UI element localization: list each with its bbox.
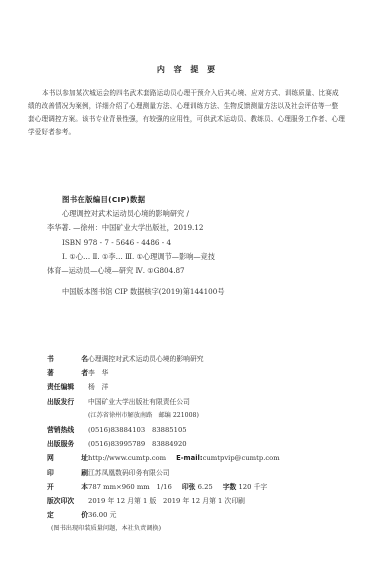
- email-link[interactable]: cumtpvip@cumtp.com: [203, 454, 280, 462]
- colophon-row-book-title: 书名 心理调控对武术运动员心境的影响研究: [47, 352, 280, 366]
- colophon-row-price: 定价 36.00 元: [47, 508, 280, 522]
- colophon-value: 中国矿业大学出版社有限责任公司: [88, 395, 190, 409]
- colophon-row-publishing-service: 出版服务 (0516)83995789 83884920: [47, 437, 280, 451]
- colophon-value: 江苏凤凰数码印务有限公司: [88, 466, 170, 480]
- cip-subject-line: Ⅰ. ①心… Ⅱ. ①李… Ⅲ. ①心理调节—影响—竞技: [47, 250, 225, 264]
- abstract-line: 绩的改善情况为案例，详细介绍了心理测量方法、心理训练方法、生物反馈测量方法以及社…: [28, 100, 348, 113]
- colophon-row-website: 网址 http://www.cumtp.comE-mail:cumtpvip@c…: [47, 451, 280, 465]
- sheets-label: 印张: [182, 483, 196, 491]
- abstract-line: 套心理调控方案。该书专业背景性强，有较强的应用性，可供武术运动员、教练员、心理服…: [28, 113, 348, 126]
- colophon-value: 李 华: [88, 366, 108, 380]
- price-value: 36.00 元: [88, 508, 116, 522]
- colophon-value: 心理调控对武术运动员心境的影响研究: [88, 352, 204, 366]
- email-label: E-mail:: [176, 454, 203, 462]
- abstract-line: 本书以参加某次城运会的四名武术套路运动员心理干预介入后其心境、应对方式、训练质量…: [28, 87, 348, 100]
- cip-subject-line-cont: 体育—运动员—心境—研究 Ⅳ. ①G804.87: [47, 264, 225, 278]
- cip-author-line: 李华著. —徐州：中国矿业大学出版社，2019.12: [47, 221, 225, 235]
- colophon-row-address: (江苏省徐州市解放南路 邮编 221008): [47, 409, 280, 423]
- quality-note: (图书出现印装质量问题，本社负责调换): [47, 522, 280, 536]
- sheets-value: 6.25: [198, 483, 213, 491]
- colophon-row-printer: 印刷 江苏凤凰数码印务有限公司: [47, 466, 280, 480]
- colophon-label: 书名: [47, 352, 88, 366]
- colophon-label: 定价: [47, 508, 88, 522]
- colophon-label: 版次印次: [47, 494, 88, 508]
- cip-record-number: 中国版本图书馆 CIP 数据核字(2019)第144100号: [47, 285, 225, 299]
- colophon-label: 责任编辑: [47, 380, 88, 394]
- colophon-label: 网址: [47, 451, 88, 465]
- colophon-label: 著者: [47, 366, 88, 380]
- colophon-label: 营销热线: [47, 423, 88, 437]
- cip-block: 心理调控对武术运动员心境的影响研究 / 李华著. —徐州：中国矿业大学出版社，2…: [47, 207, 225, 300]
- format-size: 787 mm×960 mm 1/16: [88, 483, 172, 491]
- words-label: 字数: [223, 483, 237, 491]
- colophon-label: 出版发行: [47, 395, 88, 409]
- abstract-body: 本书以参加某次城运会的四名武术套路运动员心理干预介入后其心境、应对方式、训练质量…: [28, 87, 348, 139]
- colophon-value: (0516)83884103 83885105: [88, 423, 187, 437]
- abstract-title: 内 容 提 要: [0, 64, 375, 75]
- website-link[interactable]: http://www.cumtp.com: [88, 454, 166, 462]
- colophon-value: (0516)83995789 83884920: [88, 437, 187, 451]
- colophon-row-sales-hotline: 营销热线 (0516)83884103 83885105: [47, 423, 280, 437]
- abstract-line: 学爱好者参考。: [28, 126, 348, 139]
- colophon-row-author: 著者 李 华: [47, 366, 280, 380]
- cip-title-line: 心理调控对武术运动员心境的影响研究 /: [47, 207, 225, 221]
- colophon-label: 出版服务: [47, 437, 88, 451]
- colophon-label: 开本: [47, 480, 88, 494]
- colophon-value: 2019 年 12 月第 1 版 2019 年 12 月第 1 次印刷: [88, 494, 245, 508]
- colophon-value: 杨 洋: [88, 380, 108, 394]
- publisher-address: (江苏省徐州市解放南路 邮编 221008): [47, 409, 199, 423]
- colophon-row-edition: 版次印次 2019 年 12 月第 1 版 2019 年 12 月第 1 次印刷: [47, 494, 280, 508]
- colophon-row-editor: 责任编辑 杨 洋: [47, 380, 280, 394]
- colophon-row-publisher: 出版发行 中国矿业大学出版社有限责任公司: [47, 395, 280, 409]
- colophon-row-format: 开本 787 mm×960 mm 1/16印张 6.25字数 120 千字: [47, 480, 280, 494]
- colophon-label: 印刷: [47, 466, 88, 480]
- cip-heading: 图书在版编目(CIP)数据: [62, 194, 145, 205]
- cip-isbn-line: ISBN 978 - 7 - 5646 - 4486 - 4: [47, 236, 225, 250]
- words-value: 120 千字: [238, 483, 267, 491]
- colophon: 书名 心理调控对武术运动员心境的影响研究 著者 李 华 责任编辑 杨 洋 出版发…: [47, 352, 280, 537]
